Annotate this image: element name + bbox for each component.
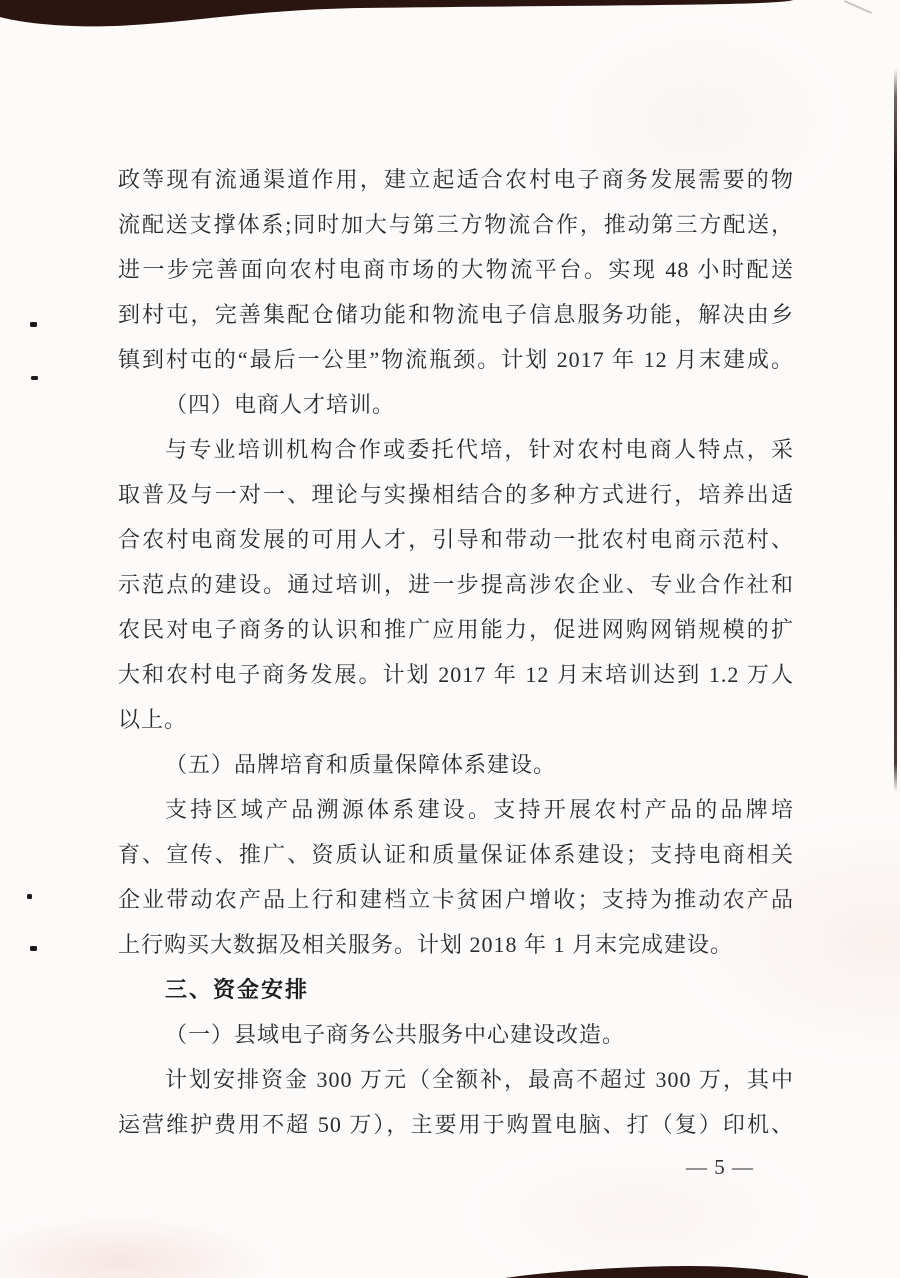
text-line: 政等现有流通渠道作用，建立起适合农村电子商务发展需要的物 bbox=[118, 157, 794, 202]
text-line: 镇到村屯的“最后一公里”物流瓶颈。计划 2017 年 12 月末建成。 bbox=[118, 337, 794, 382]
text-line: 到村屯，完善集配仓储功能和物流电子信息服务功能，解决由乡 bbox=[118, 292, 794, 337]
text-line: 示范点的建设。通过培训，进一步提高涉农企业、专业合作社和 bbox=[118, 562, 794, 607]
text-line: 合农村电商发展的可用人才，引导和带动一批农村电商示范村、 bbox=[118, 517, 794, 562]
text-line: 大和农村电子商务发展。计划 2017 年 12 月末培训达到 1.2 万人 bbox=[118, 652, 794, 697]
text-line: 与专业培训机构合作或委托代培，针对农村电商人特点，采 bbox=[118, 427, 794, 472]
scan-edge-artifact-top bbox=[0, 0, 900, 30]
text-line: 运营维护费用不超 50 万），主要用于购置电脑、打（复）印机、 bbox=[118, 1102, 794, 1147]
text-line: 进一步完善面向农村电商市场的大物流平台。实现 48 小时配送 bbox=[118, 247, 794, 292]
document-body: 政等现有流通渠道作用，建立起适合农村电子商务发展需要的物流配送支撑体系;同时加大… bbox=[118, 157, 794, 1147]
page-number: — 5 — bbox=[686, 1147, 776, 1187]
text-line: 取普及与一对一、理论与实操相结合的多种方式进行，培养出适 bbox=[118, 472, 794, 517]
ink-speck bbox=[30, 322, 37, 327]
text-line: 企业带动农产品上行和建档立卡贫困户增收；支持为推动农产品 bbox=[118, 877, 794, 922]
ink-speck bbox=[30, 946, 37, 951]
text-line: 以上。 bbox=[118, 697, 794, 742]
subsection-heading: （五）品牌培育和质量保障体系建设。 bbox=[118, 742, 794, 787]
text-line: 支持区域产品溯源体系建设。支持开展农村产品的品牌培 bbox=[118, 787, 794, 832]
ink-speck bbox=[27, 894, 32, 899]
text-line: 上行购买大数据及相关服务。计划 2018 年 1 月末完成建设。 bbox=[118, 922, 794, 967]
text-line: 农民对电子商务的认识和推广应用能力，促进网购网销规模的扩 bbox=[118, 607, 794, 652]
scan-edge-artifact-bottom bbox=[0, 1264, 900, 1278]
subsection-heading: （四）电商人才培训。 bbox=[118, 382, 794, 427]
ink-speck bbox=[31, 376, 38, 380]
scanned-document-page: 政等现有流通渠道作用，建立起适合农村电子商务发展需要的物流配送支撑体系;同时加大… bbox=[0, 0, 900, 1278]
text-line: 计划安排资金 300 万元（全额补，最高不超过 300 万，其中 bbox=[118, 1057, 794, 1102]
text-line: 流配送支撑体系;同时加大与第三方物流合作，推动第三方配送， bbox=[118, 202, 794, 247]
section-heading: 三、资金安排 bbox=[118, 967, 794, 1012]
text-line: 育、宣传、推广、资质认证和质量保证体系建设；支持电商相关 bbox=[118, 832, 794, 877]
scan-edge-artifact-right bbox=[894, 68, 897, 792]
subsection-heading: （一）县域电子商务公共服务中心建设改造。 bbox=[118, 1012, 794, 1057]
